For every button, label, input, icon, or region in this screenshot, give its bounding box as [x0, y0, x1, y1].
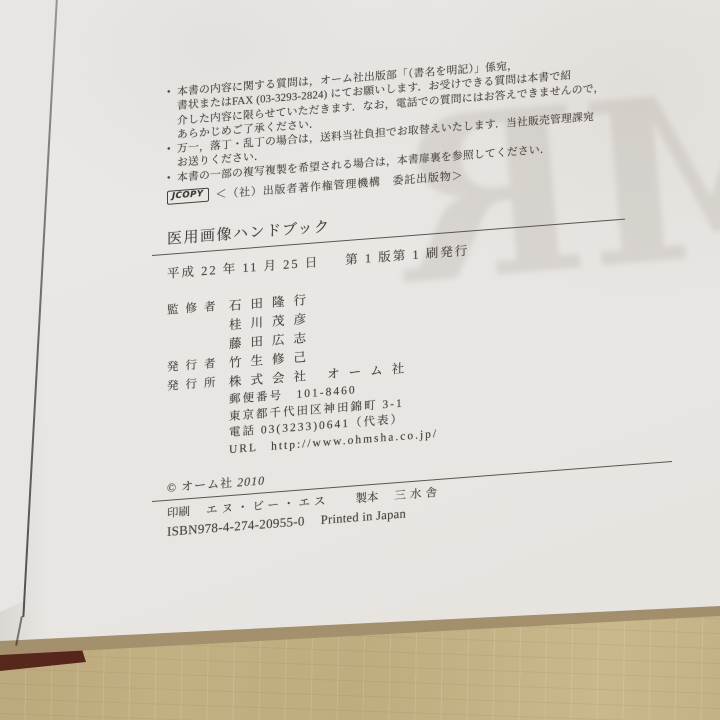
empty-label	[167, 442, 229, 463]
publication-date: 平成 22 年 11 月 25 日	[167, 252, 319, 282]
publication-info-table: 監修者 石田隆行 桂川茂彦 藤田広志 発行者 竹生修己 発行所 株式会社 オーム…	[167, 264, 665, 463]
printer-label: 印刷	[167, 506, 190, 520]
book-colophon-photo: MR 本書の内容に関する質問は，オーム社出版部「（書名を明記）」係宛， 書状また…	[0, 0, 720, 720]
binder-label: 製本	[356, 492, 379, 506]
copyright-text: © オーム社	[167, 476, 233, 495]
copyright-year: 2010	[237, 473, 265, 489]
book-title: 医用画像ハンドブック	[167, 219, 331, 248]
edition-statement: 第 1 版第 1 刷発行	[345, 241, 469, 269]
binder-name: 三水舎	[395, 487, 442, 503]
jcopy-logo: JCOPY	[167, 188, 209, 205]
printed-content: 本書の内容に関する質問は，オーム社出版部「（書名を明記）」係宛， 書状またはFA…	[165, 48, 665, 541]
